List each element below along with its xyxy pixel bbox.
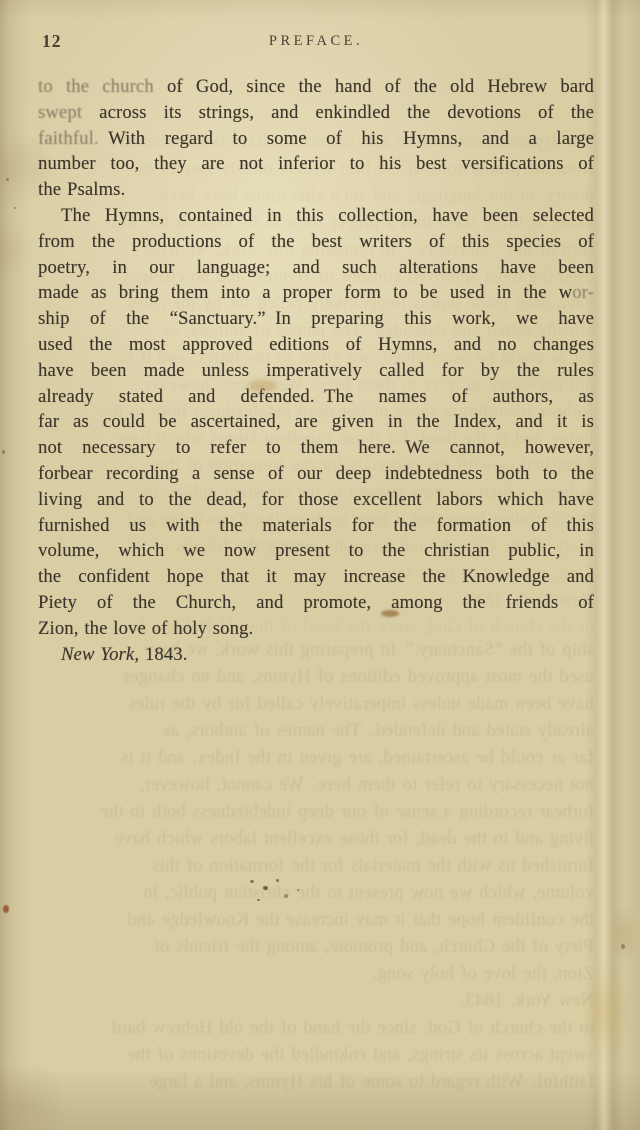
text-segment: from the productions of the best writers… (38, 231, 594, 252)
text-line: the Psalms. (38, 177, 594, 203)
bleed-through-line: swept across its strings, and enkindled … (34, 1041, 594, 1068)
text-line: the confident hope that it may increase … (38, 564, 594, 590)
text-segment: used the most approved editions of Hymns… (38, 334, 594, 355)
text-line: Zion, the love of holy song. (38, 616, 594, 642)
bleed-through-line: to the church of God, since the hand of … (34, 1014, 594, 1041)
bleed-through-line: volume, which we now present to the chri… (34, 879, 594, 906)
bleed-through-line: the confident hope that it may increase … (34, 906, 594, 933)
ink-speck (257, 899, 260, 901)
ink-speck (284, 894, 288, 898)
text-line: already stated and defended. The names o… (38, 384, 594, 410)
page-title: PREFACE. (38, 33, 594, 50)
text-segment: The Hymns, contained in this collection,… (61, 205, 594, 226)
text-segment: to the church (38, 76, 167, 97)
text-segment: poetry, in our language; and such altera… (38, 257, 594, 278)
text-line: The Hymns, contained in this collection,… (38, 203, 594, 229)
bleed-through-line: Piety of the Church, and promote, among … (34, 933, 594, 960)
margin-speck (2, 450, 5, 454)
bleed-through-line: have been made unless imperatively calle… (34, 690, 594, 717)
text-line: ship of the “Sanctuary.” In preparing th… (38, 306, 594, 332)
text-segment: forbear recording a sense of our deep in… (38, 463, 594, 484)
text-segment: 1843. (139, 644, 187, 665)
text-segment: far as could be ascertained, are given i… (38, 411, 594, 432)
text-segment: number too, they are not inferior to his… (38, 153, 594, 174)
ink-speck (263, 886, 268, 890)
text-segment: the Psalms. (38, 179, 125, 200)
text-segment: With regard to some of his Hymns, and a … (99, 128, 594, 149)
ink-speck (276, 879, 279, 882)
text-segment: already stated and defended. The names o… (38, 386, 594, 407)
text-line: used the most approved editions of Hymns… (38, 332, 594, 358)
signature-line: New York, 1843. (38, 642, 594, 668)
text-line: furnished us with the materials for the … (38, 513, 594, 539)
text-segment: the confident hope that it may increase … (38, 566, 594, 587)
text-line: far as could be ascertained, are given i… (38, 409, 594, 435)
bleed-through-line: already stated and defended. The names o… (34, 717, 594, 744)
text-line: swept across its strings, and enkindled … (38, 100, 594, 126)
text-line: forbear recording a sense of our deep in… (38, 461, 594, 487)
text-line: have been made unless imperatively calle… (38, 358, 594, 384)
text-segment: faithful. (38, 128, 99, 149)
text-segment: Piety of the Church, and promote, among … (38, 592, 594, 613)
text-segment: Zion, the love of holy song. (38, 618, 253, 639)
text-line: faithful. With regard to some of his Hym… (38, 126, 594, 152)
text-line: made as bring them into a proper form to… (38, 280, 594, 306)
text-segment: not necessary to refer to them here. We … (38, 437, 594, 458)
text-segment: swept (38, 102, 99, 123)
bleed-through-line: living and to the dead, for those excell… (34, 825, 594, 852)
text-line: not necessary to refer to them here. We … (38, 435, 594, 461)
text-line: from the productions of the best writers… (38, 229, 594, 255)
text-line: volume, which we now present to the chri… (38, 538, 594, 564)
text-line: living and to the dead, for those excell… (38, 487, 594, 513)
text-segment: volume, which we now present to the chri… (38, 540, 594, 561)
bleed-through-line: far as could be ascertained, are given i… (34, 744, 594, 771)
ink-speck (297, 889, 299, 891)
text-segment: ship of the “Sanctuary.” In preparing th… (38, 308, 594, 329)
text-segment: made as bring them into a proper form to… (38, 282, 572, 303)
running-head: 12 PREFACE. (38, 31, 594, 55)
text-segment: furnished us with the materials for the … (38, 515, 594, 536)
bleed-through-line: Zion, the love of holy song. (34, 960, 594, 987)
margin-speck (14, 207, 16, 209)
ink-speck (250, 880, 254, 883)
text-segment: living and to the dead, for those excell… (38, 489, 594, 510)
red-speck (3, 905, 9, 913)
bleed-through-line: not necessary to refer to them here. We … (34, 771, 594, 798)
text-line: number too, they are not inferior to his… (38, 151, 594, 177)
text-segment: have been made unless imperatively calle… (38, 360, 594, 381)
page-text: to the church of God, since the hand of … (38, 74, 594, 667)
text-segment: across its strings, and enkindled the de… (99, 102, 594, 123)
bleed-through-line: furnished us with the materials for the … (34, 852, 594, 879)
text-segment: or- (572, 282, 594, 303)
bleed-through-text-lower: ship of the “Sanctuary.” In preparing th… (34, 636, 594, 1095)
book-page-scan: 12 PREFACE. The Hymns, contained in this… (0, 0, 640, 1130)
text-line: poetry, in our language; and such altera… (38, 255, 594, 281)
margin-speck (6, 178, 9, 181)
text-line: to the church of God, since the hand of … (38, 74, 594, 100)
text-segment: of God, since the hand of the old Hebrew… (167, 76, 594, 97)
text-segment: New York, (61, 644, 139, 665)
bleed-through-line: faithful. With regard to some of his Hym… (34, 1068, 594, 1095)
bleed-through-line: New York, 1843. (34, 987, 594, 1014)
margin-speck (621, 944, 625, 949)
bleed-through-line: forbear recording a sense of our deep in… (34, 798, 594, 825)
text-line: Piety of the Church, and promote, among … (38, 590, 594, 616)
